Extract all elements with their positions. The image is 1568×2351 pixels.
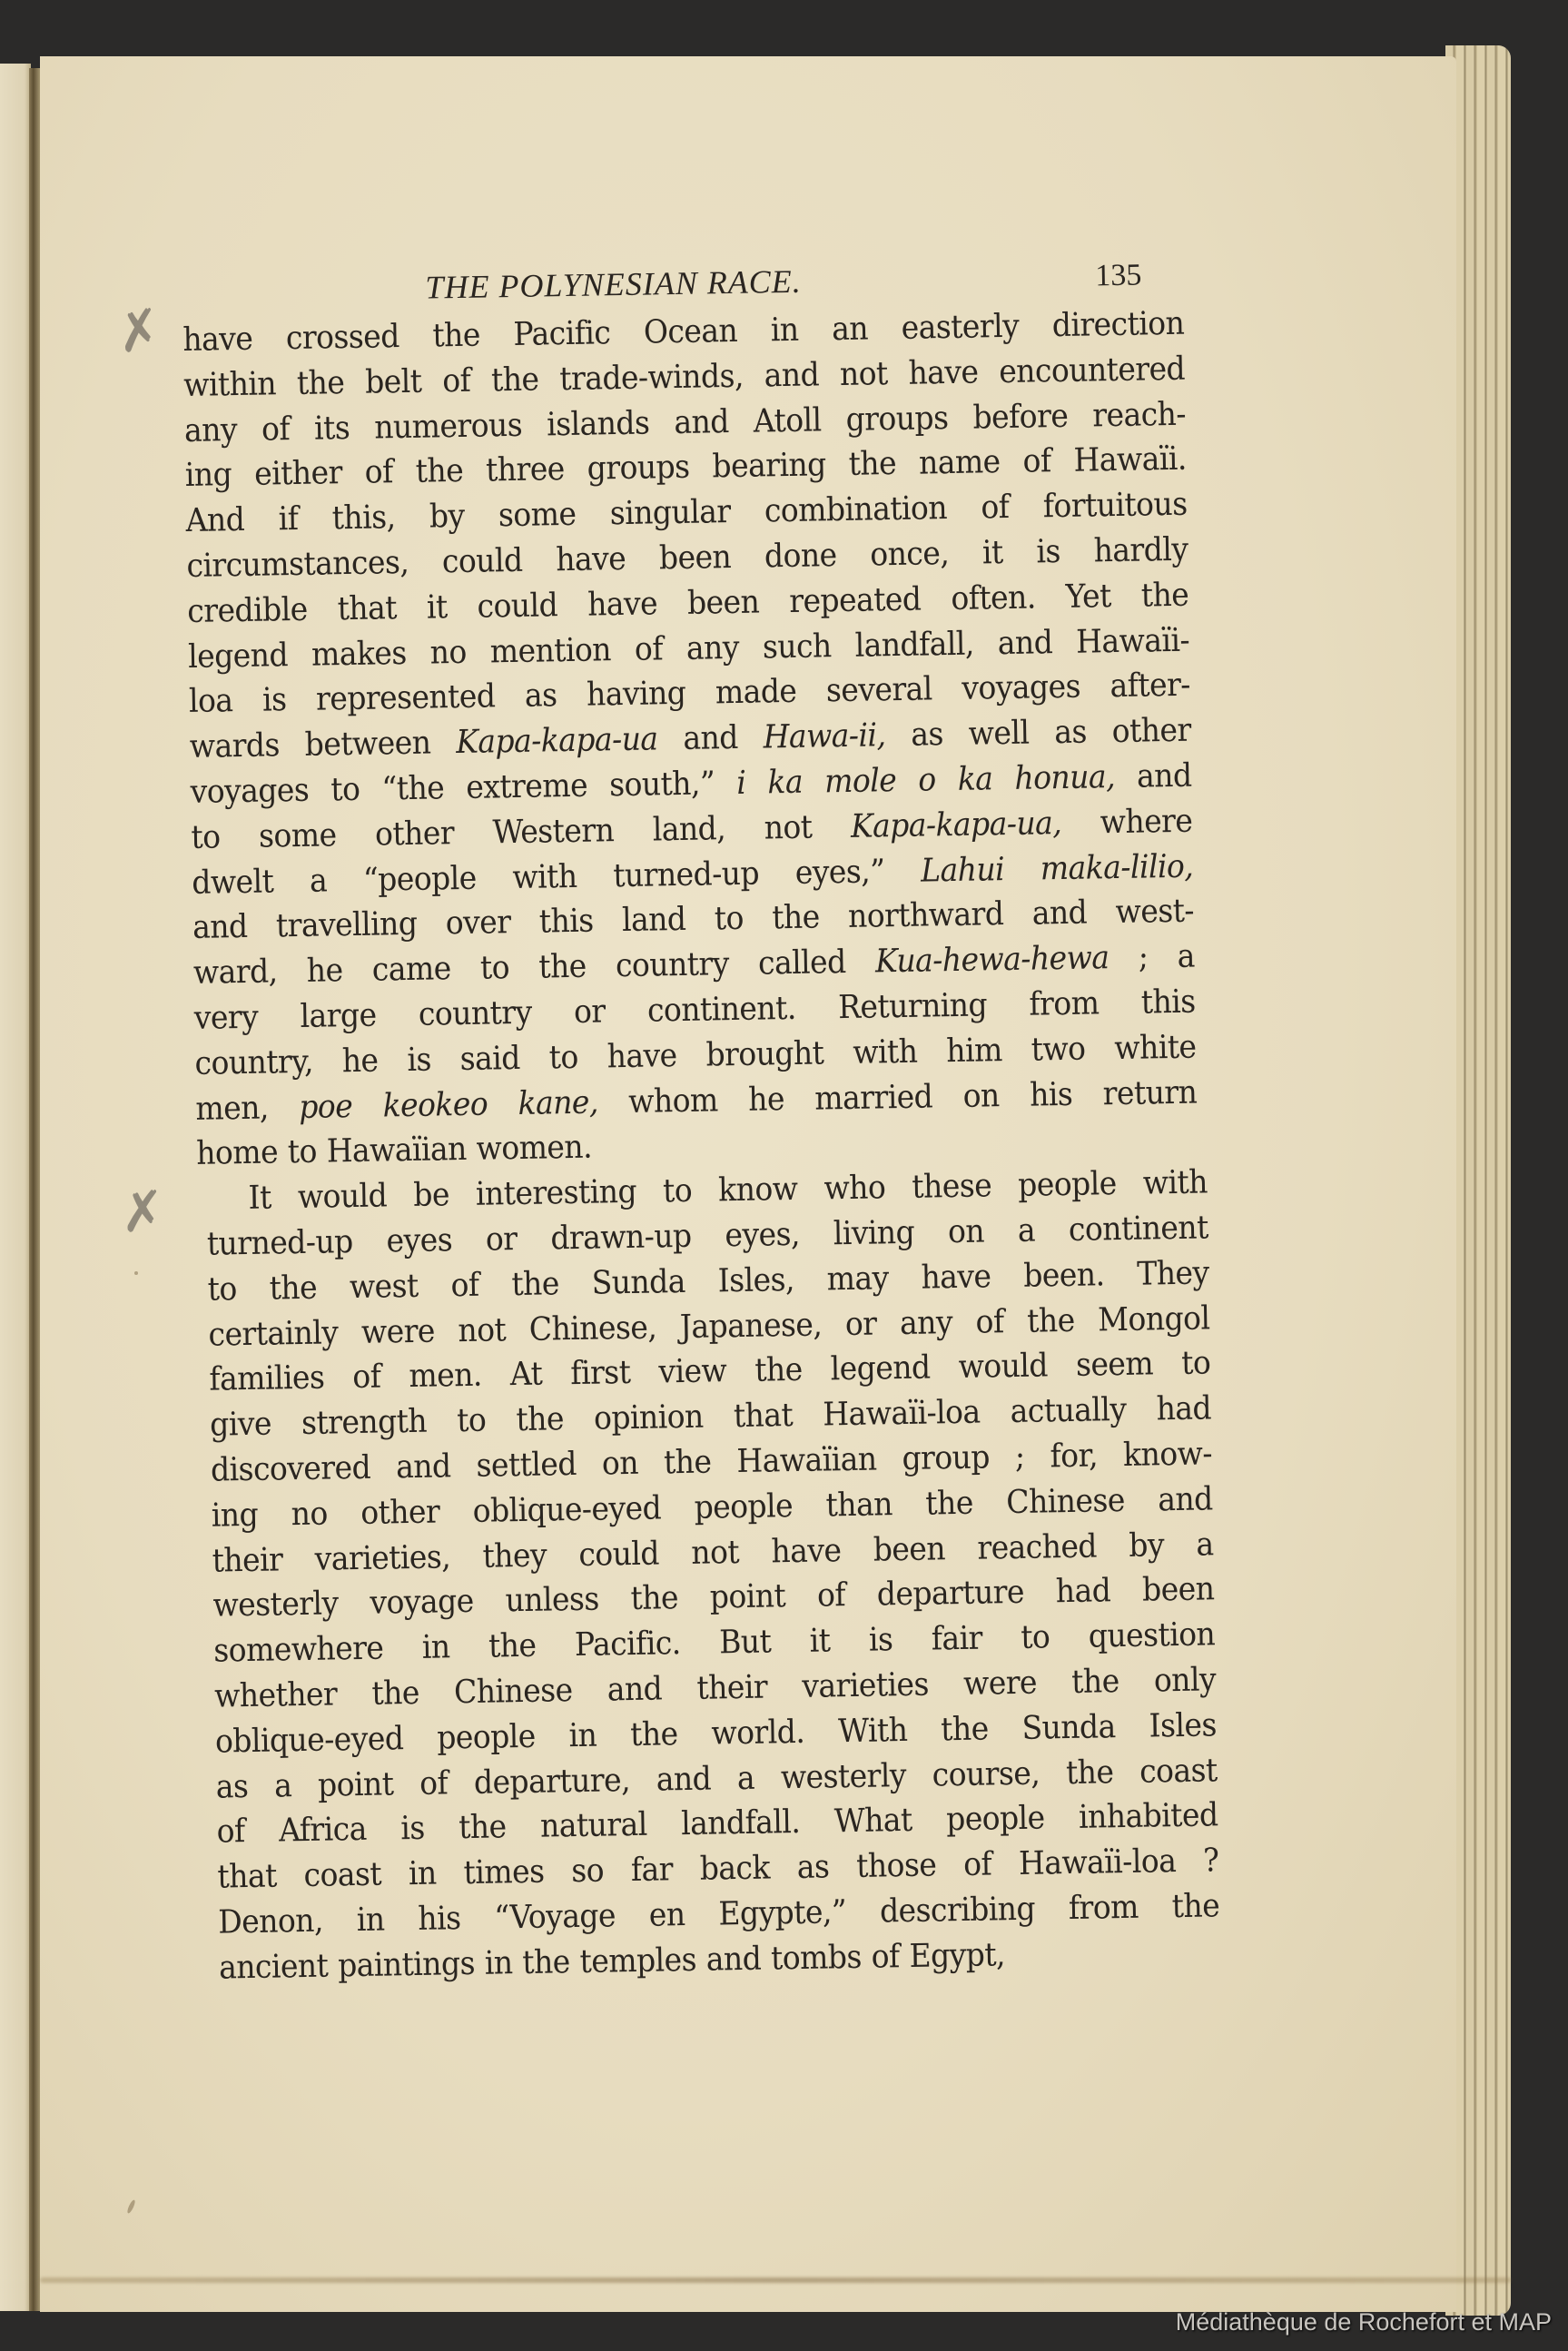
- text-run: dwelt a “people with turned-up eyes,”: [192, 852, 922, 901]
- text-run: ancient paintings in the temples and tom…: [219, 1936, 1005, 1986]
- text-run: to some other Western land, not: [191, 808, 851, 856]
- text-run: wards between: [189, 724, 456, 766]
- text-run: voyages to “the extreme south,”: [190, 765, 736, 811]
- italic-term: Kapa-kapa-ua,: [851, 805, 1062, 845]
- text-run: as well as other: [885, 712, 1191, 755]
- italic-term: poe keokeo kane,: [299, 1083, 598, 1125]
- text-run: whom he married on his return: [597, 1073, 1197, 1121]
- text-run: and: [657, 719, 764, 758]
- book-gutter: [29, 68, 40, 2311]
- text-run: men,: [195, 1089, 300, 1128]
- italic-term: Lahui maka-lilio,: [921, 847, 1194, 889]
- paragraph: It would be interesting to know who thes…: [206, 1161, 1218, 1990]
- facing-page-edge: [0, 64, 31, 2311]
- text-run: home to Hawaïian women.: [196, 1129, 592, 1172]
- italic-term: Kua-hewa-hewa: [875, 939, 1109, 980]
- paragraph: have crossed the Pacific Ocean in an eas…: [182, 301, 1205, 1177]
- italic-term: i ka mole o ka honua,: [736, 758, 1115, 802]
- text-run: ; a: [1109, 938, 1195, 977]
- water-stain-line: [40, 2277, 1511, 2283]
- italic-term: Kapa-kapa-ua: [456, 721, 658, 762]
- text-run: where: [1061, 802, 1193, 841]
- paper-speck: [134, 1271, 138, 1275]
- italic-term: Hawa-ii,: [763, 716, 885, 756]
- running-title: THE POLYNESIAN RACE.: [425, 262, 802, 307]
- watermark-credit: Médiathèque de Rochefort et MAP: [1176, 2308, 1552, 2336]
- text-run: ward, he came to the country called: [193, 943, 876, 992]
- page-text-block: THE POLYNESIAN RACE. 135 have crossed th…: [182, 247, 1218, 1991]
- page-number: 135: [1095, 258, 1142, 293]
- pencil-x-mark-icon: ✗: [117, 1179, 168, 1246]
- text-run: and: [1115, 757, 1192, 795]
